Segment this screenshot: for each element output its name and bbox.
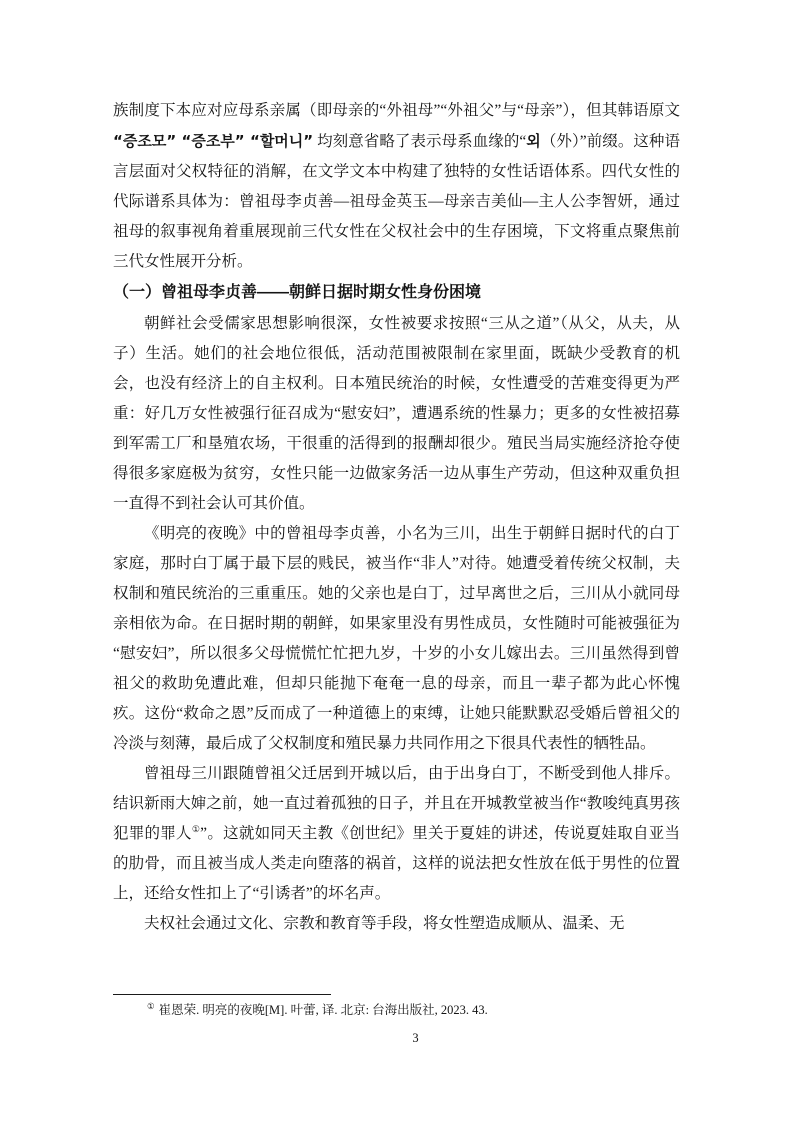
intro-text-2: 均刻意省略了表示母系血缘的“ (313, 133, 526, 150)
paragraph-4: 夫权社会通过文化、宗教和教育等手段，将女性塑造成顺从、温柔、无 (113, 909, 680, 939)
page-number: 3 (0, 1030, 793, 1047)
korean-word-oe: 외 (526, 132, 541, 150)
footnote-text: ①崔恩荣. 明亮的夜晚[M]. 叶蕾, 译. 北京: 台海出版社, 2023. … (113, 1002, 680, 1019)
document-page: 族制度下本应对应母系亲属（即母亲的“外祖母”“外祖父”与“母亲”），但其韩语原文… (0, 0, 793, 1122)
footnote-separator-rule (113, 994, 331, 995)
paragraph-3: 曾祖母三川跟随曾祖父迁居到开城以后，由于出身白丁，不断受到他人排斥。结识新雨大婶… (113, 759, 680, 909)
paragraph-2: 《明亮的夜晚》中的曾祖母李贞善，小名为三川，出生于朝鲜日据时代的白丁家庭，那时白… (113, 519, 680, 759)
footnote-marker: ① (147, 1001, 155, 1011)
footnote-reference-mark: ① (192, 824, 200, 834)
page-body-text: 族制度下本应对应母系亲属（即母亲的“外祖母”“外祖父”与“母亲”），但其韩语原文… (113, 96, 680, 939)
intro-text-1: 族制度下本应对应母系亲属（即母亲的“外祖母”“外祖父”与“母亲”），但其韩语原文 (113, 102, 680, 119)
paragraph-1: 朝鲜社会受儒家思想影响很深，女性被要求按照“三从之道”（从父，从夫，从子）生活。… (113, 309, 680, 519)
paragraph-intro: 族制度下本应对应母系亲属（即母亲的“外祖母”“外祖父”与“母亲”），但其韩语原文… (113, 96, 680, 277)
paragraph-3-text-after: ”。这就如同天主教《创世纪》里关于夏娃的讲述，传说夏娃取自亚当的肋骨，而且被当成… (113, 825, 680, 902)
korean-word-jeungjobu: “증조부” (176, 132, 244, 150)
section-heading: （一）曾祖母李贞善——朝鲜日据时期女性身份困境 (113, 277, 680, 309)
korean-word-jeungjomo: “증조모” (113, 132, 176, 150)
intro-text-3: （外）”前缀。这种语言层面对父权特征的消解，在文学文本中构建了独特的女性话语体系… (113, 133, 680, 270)
footnote-citation: 崔恩荣. 明亮的夜晚[M]. 叶蕾, 译. 北京: 台海出版社, 2023. 4… (159, 1003, 488, 1017)
korean-word-halmeoni: “할머니” (245, 132, 313, 150)
footnote-area: ①崔恩荣. 明亮的夜晚[M]. 叶蕾, 译. 北京: 台海出版社, 2023. … (113, 994, 680, 1019)
